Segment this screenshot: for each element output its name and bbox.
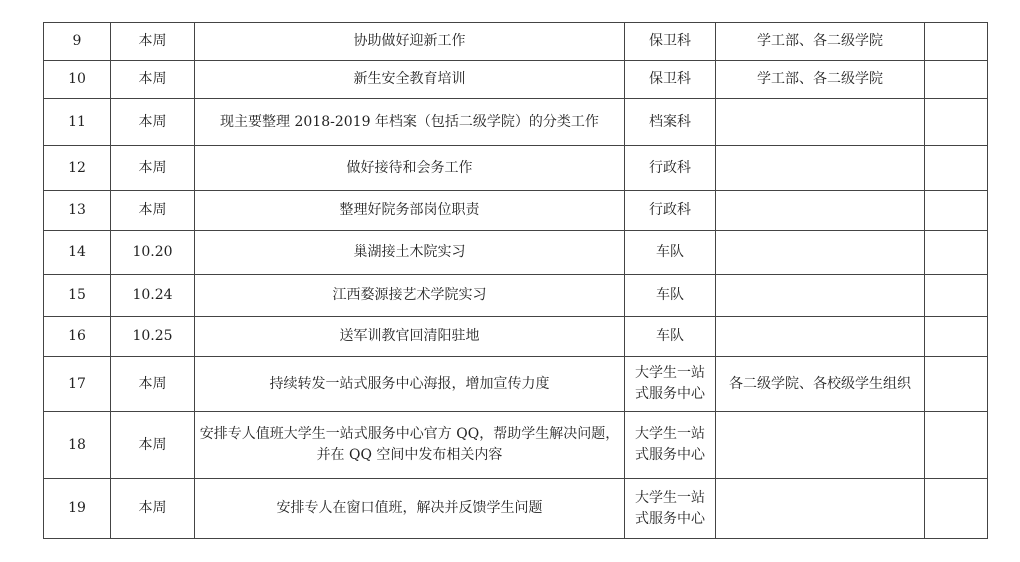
cell-cooperating-units: [716, 191, 925, 231]
cell-number: 15: [44, 275, 111, 317]
cell-number: 17: [44, 357, 111, 412]
cell-note: [925, 146, 988, 191]
cell-cooperating-units: 各二级学院、各校级学生组织: [716, 357, 925, 412]
cell-department: 大学生一站式服务中心: [625, 479, 716, 539]
cell-time: 本周: [111, 23, 195, 61]
cell-time: 本周: [111, 479, 195, 539]
cell-time: 10.20: [111, 231, 195, 275]
cell-content: 协助做好迎新工作: [195, 23, 625, 61]
cell-note: [925, 231, 988, 275]
table-row: 10 本周 新生安全教育培训 保卫科 学工部、各二级学院: [44, 61, 988, 99]
cell-time: 本周: [111, 191, 195, 231]
cell-number: 18: [44, 412, 111, 479]
table-row: 15 10.24 江西婺源接艺术学院实习 车队: [44, 275, 988, 317]
cell-content: 做好接待和会务工作: [195, 146, 625, 191]
cell-time: 本周: [111, 412, 195, 479]
cell-cooperating-units: 学工部、各二级学院: [716, 23, 925, 61]
cell-department: 档案科: [625, 99, 716, 146]
cell-time: 本周: [111, 146, 195, 191]
cell-note: [925, 412, 988, 479]
cell-department: 保卫科: [625, 61, 716, 99]
cell-note: [925, 23, 988, 61]
table-row: 12 本周 做好接待和会务工作 行政科: [44, 146, 988, 191]
cell-department: 大学生一站式服务中心: [625, 357, 716, 412]
cell-content: 安排专人在窗口值班，解决并反馈学生问题: [195, 479, 625, 539]
cell-cooperating-units: [716, 317, 925, 357]
work-schedule-table: 9 本周 协助做好迎新工作 保卫科 学工部、各二级学院 10 本周 新生安全教育…: [43, 22, 988, 539]
cell-note: [925, 99, 988, 146]
cell-content: 江西婺源接艺术学院实习: [195, 275, 625, 317]
cell-content: 送军训教官回清阳驻地: [195, 317, 625, 357]
cell-department: 行政科: [625, 146, 716, 191]
table-row: 14 10.20 巢湖接土木院实习 车队: [44, 231, 988, 275]
cell-number: 12: [44, 146, 111, 191]
cell-note: [925, 275, 988, 317]
cell-cooperating-units: [716, 479, 925, 539]
cell-time: 10.25: [111, 317, 195, 357]
cell-department: 行政科: [625, 191, 716, 231]
cell-cooperating-units: [716, 99, 925, 146]
cell-department: 保卫科: [625, 23, 716, 61]
cell-content: 安排专人值班大学生一站式服务中心官方 QQ，帮助学生解决问题，并在 QQ 空间中…: [195, 412, 625, 479]
table-row: 19 本周 安排专人在窗口值班，解决并反馈学生问题 大学生一站式服务中心: [44, 479, 988, 539]
cell-number: 14: [44, 231, 111, 275]
cell-content: 新生安全教育培训: [195, 61, 625, 99]
cell-number: 11: [44, 99, 111, 146]
cell-note: [925, 61, 988, 99]
cell-time: 本周: [111, 357, 195, 412]
cell-cooperating-units: [716, 412, 925, 479]
cell-time: 本周: [111, 61, 195, 99]
cell-time: 本周: [111, 99, 195, 146]
cell-number: 16: [44, 317, 111, 357]
cell-cooperating-units: 学工部、各二级学院: [716, 61, 925, 99]
cell-cooperating-units: [716, 275, 925, 317]
cell-note: [925, 479, 988, 539]
cell-cooperating-units: [716, 146, 925, 191]
cell-content: 整理好院务部岗位职责: [195, 191, 625, 231]
cell-department: 车队: [625, 231, 716, 275]
cell-number: 9: [44, 23, 111, 61]
cell-department: 大学生一站式服务中心: [625, 412, 716, 479]
cell-note: [925, 191, 988, 231]
cell-department: 车队: [625, 317, 716, 357]
table-row: 11 本周 现主要整理 2018-2019 年档案（包括二级学院）的分类工作 档…: [44, 99, 988, 146]
cell-number: 10: [44, 61, 111, 99]
table-row: 9 本周 协助做好迎新工作 保卫科 学工部、各二级学院: [44, 23, 988, 61]
cell-cooperating-units: [716, 231, 925, 275]
cell-department: 车队: [625, 275, 716, 317]
cell-content: 现主要整理 2018-2019 年档案（包括二级学院）的分类工作: [195, 99, 625, 146]
cell-number: 19: [44, 479, 111, 539]
cell-content: 巢湖接土木院实习: [195, 231, 625, 275]
table-row: 18 本周 安排专人值班大学生一站式服务中心官方 QQ，帮助学生解决问题，并在 …: [44, 412, 988, 479]
cell-note: [925, 317, 988, 357]
table-row: 16 10.25 送军训教官回清阳驻地 车队: [44, 317, 988, 357]
cell-number: 13: [44, 191, 111, 231]
cell-time: 10.24: [111, 275, 195, 317]
cell-content: 持续转发一站式服务中心海报，增加宣传力度: [195, 357, 625, 412]
cell-note: [925, 357, 988, 412]
table-row: 13 本周 整理好院务部岗位职责 行政科: [44, 191, 988, 231]
table-row: 17 本周 持续转发一站式服务中心海报，增加宣传力度 大学生一站式服务中心 各二…: [44, 357, 988, 412]
